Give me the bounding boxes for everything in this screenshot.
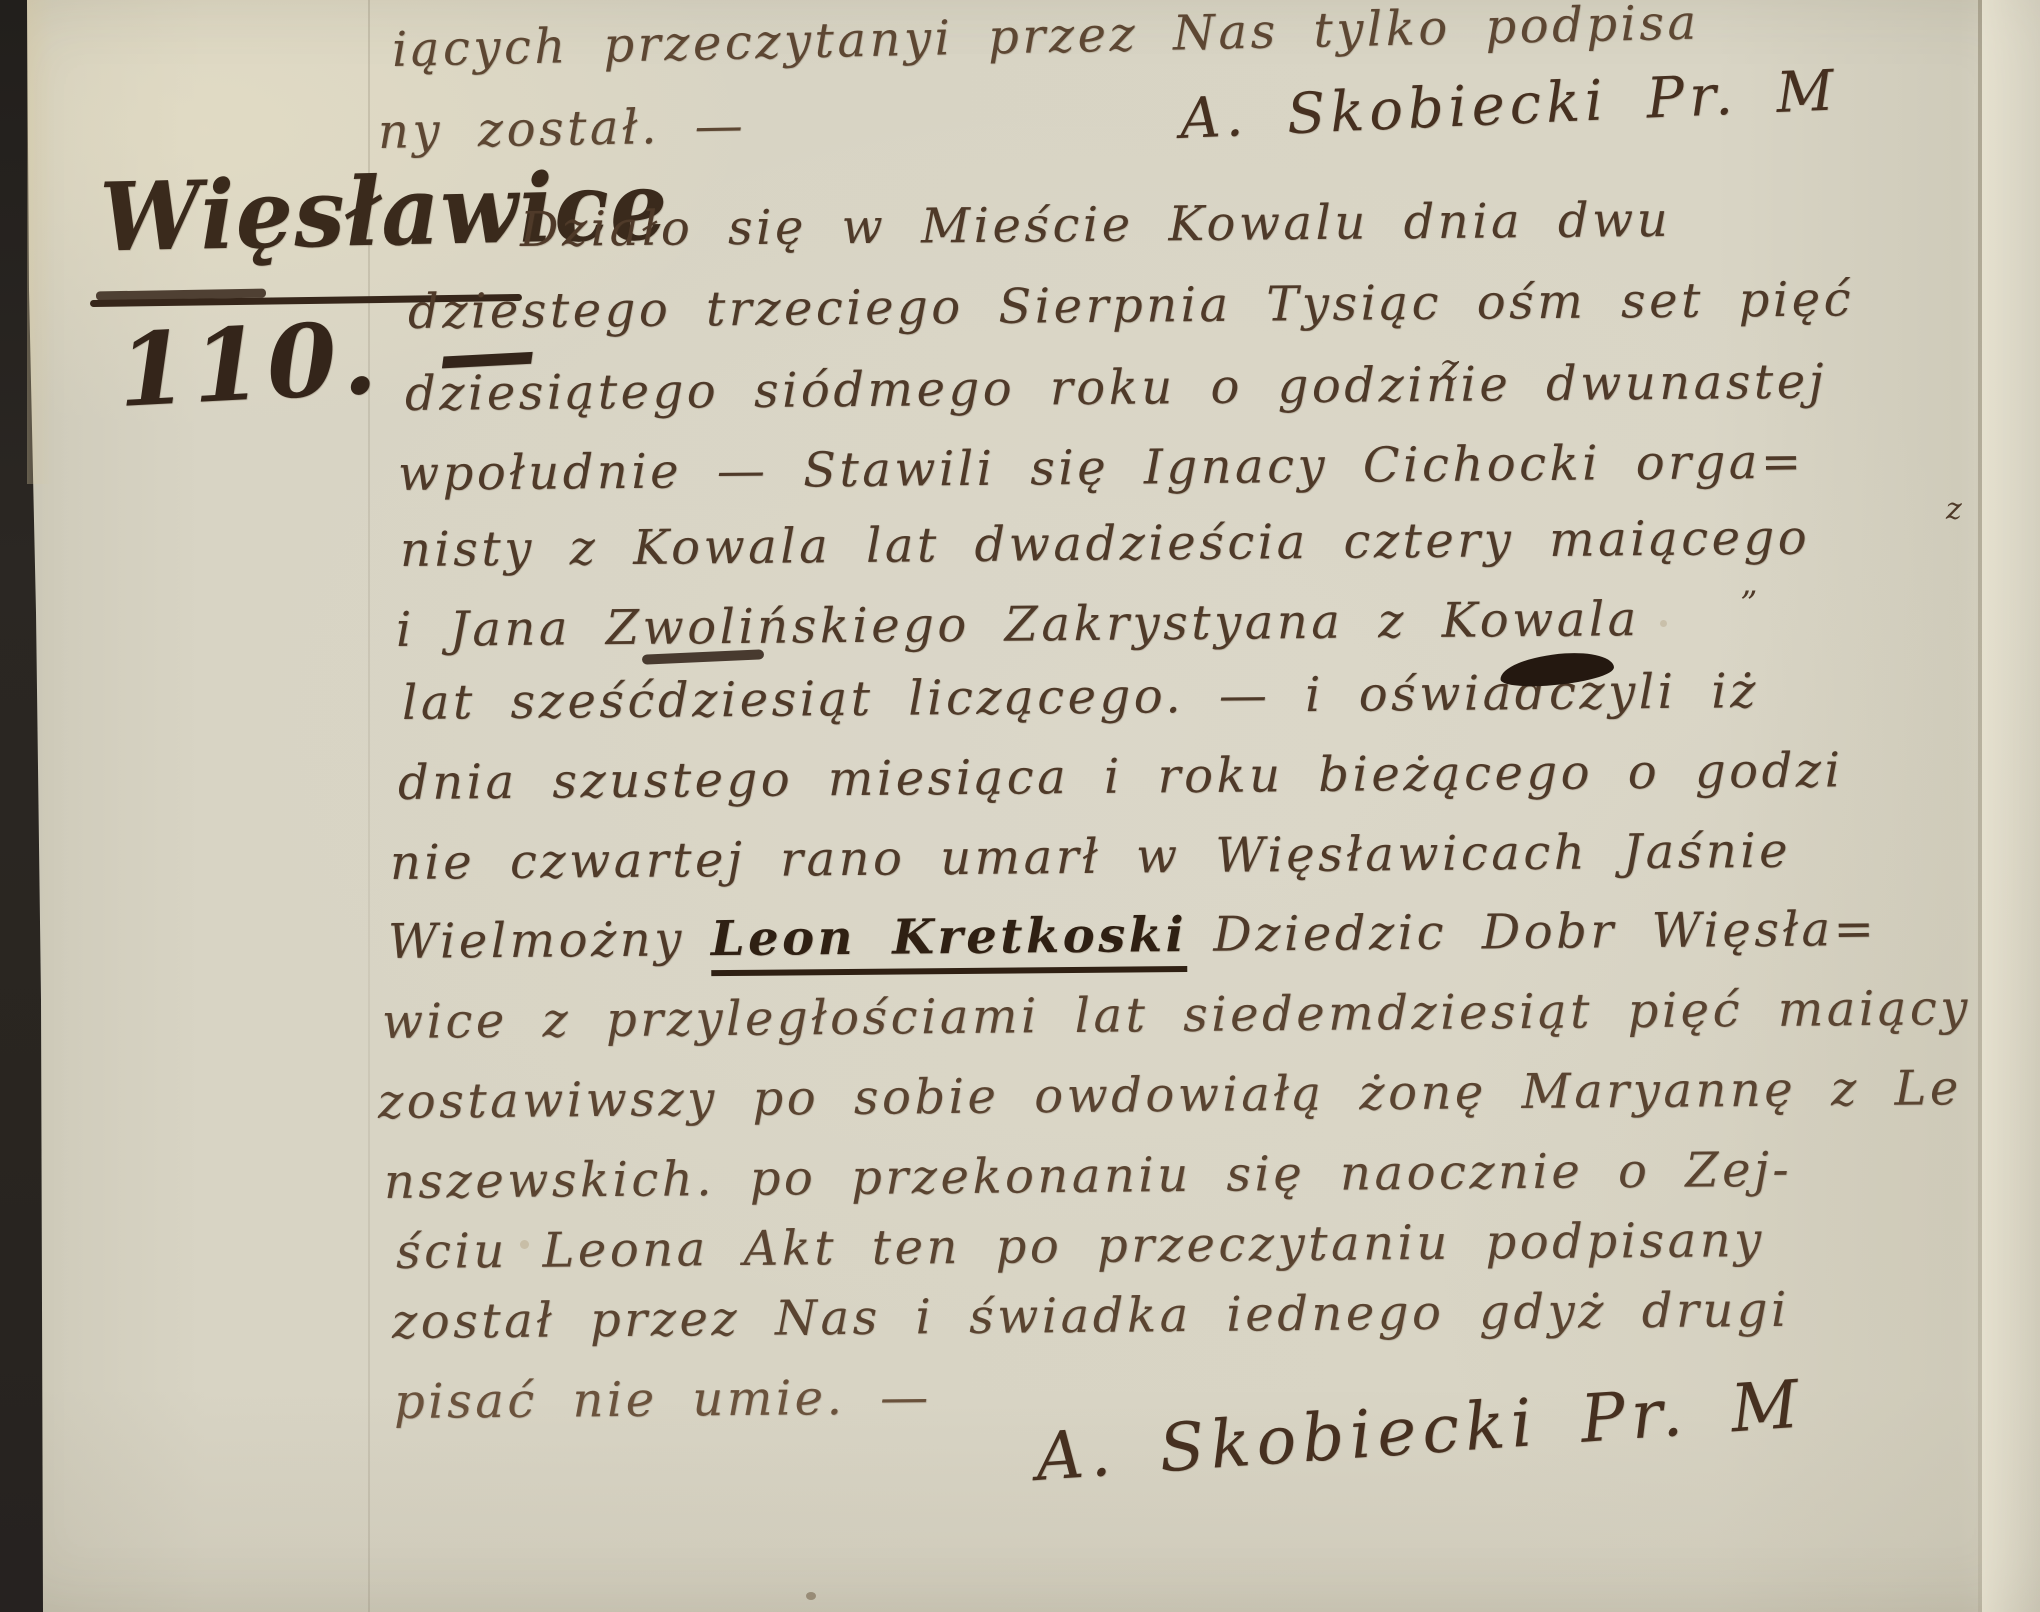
paper-speck [1660, 620, 1667, 627]
record-line-15: został przez Nas i świadka iednego gdyż … [392, 1276, 1790, 1356]
record-line-8: dnia szustego miesiąca i roku bieżącego … [398, 736, 1844, 817]
name-line-prefix: Wielmożny [388, 911, 685, 970]
right-page-fold-highlight [1982, 0, 2040, 1612]
record-line-5: nisty z Kowala lat dwadzieścia cztery ma… [400, 504, 1811, 584]
record-line-14: ściu Leona Akt ten po przeczytaniu podpi… [396, 1206, 1765, 1286]
interlinear-insert-mark: z [1946, 492, 1962, 527]
interlinear-insert-mark: z [1440, 348, 1459, 389]
record-line-2: dziestego trzeciego Sierpnia Tysiąc ośm … [408, 265, 1855, 346]
record-line-4: wpołudnie — Stawili się Ignacy Cichocki … [398, 428, 1805, 508]
record-line-11: wice z przyległościami lat siedemdziesią… [382, 974, 1971, 1056]
interlinear-quote-mark: ” [1740, 584, 1757, 624]
registrar-signature-top: A. Skobiecki Pr. M [1179, 57, 1841, 154]
record-line-6: i Jana Zwolińskiego Zakrystyana z Kowala [396, 585, 1640, 664]
record-line-16: pisać nie umie. — [394, 1363, 932, 1436]
record-line-10: WielmożnyLeon KretkoskiDziedzic Dobr Wię… [388, 895, 1878, 976]
register-page-scan: iących przeczytanyi przez Nas tylko podp… [0, 0, 2040, 1612]
record-line-1: Działo się w Mieście Kowalu dnia dwu [520, 186, 1672, 264]
book-binding-edge [0, 0, 46, 1612]
record-line-13: nszewskich. po przekonaniu się naocznie … [384, 1136, 1793, 1216]
record-line-12: zostawiwszy po sobie owdowiałą żonę Mary… [378, 1054, 1962, 1136]
paper-speck [806, 1592, 816, 1600]
registrar-signature-bottom: A. Skobiecki Pr. M [1034, 1370, 1807, 1492]
record-line-9: nie czwartej rano umarł w Więsławicach J… [390, 817, 1792, 897]
name-line-suffix: Dziedzic Dobr Więsła= [1213, 901, 1878, 963]
deceased-name: Leon Kretkoski [711, 907, 1188, 976]
record-line-3: dziesiątego siódmego roku o godzinie dwu… [405, 348, 1828, 428]
